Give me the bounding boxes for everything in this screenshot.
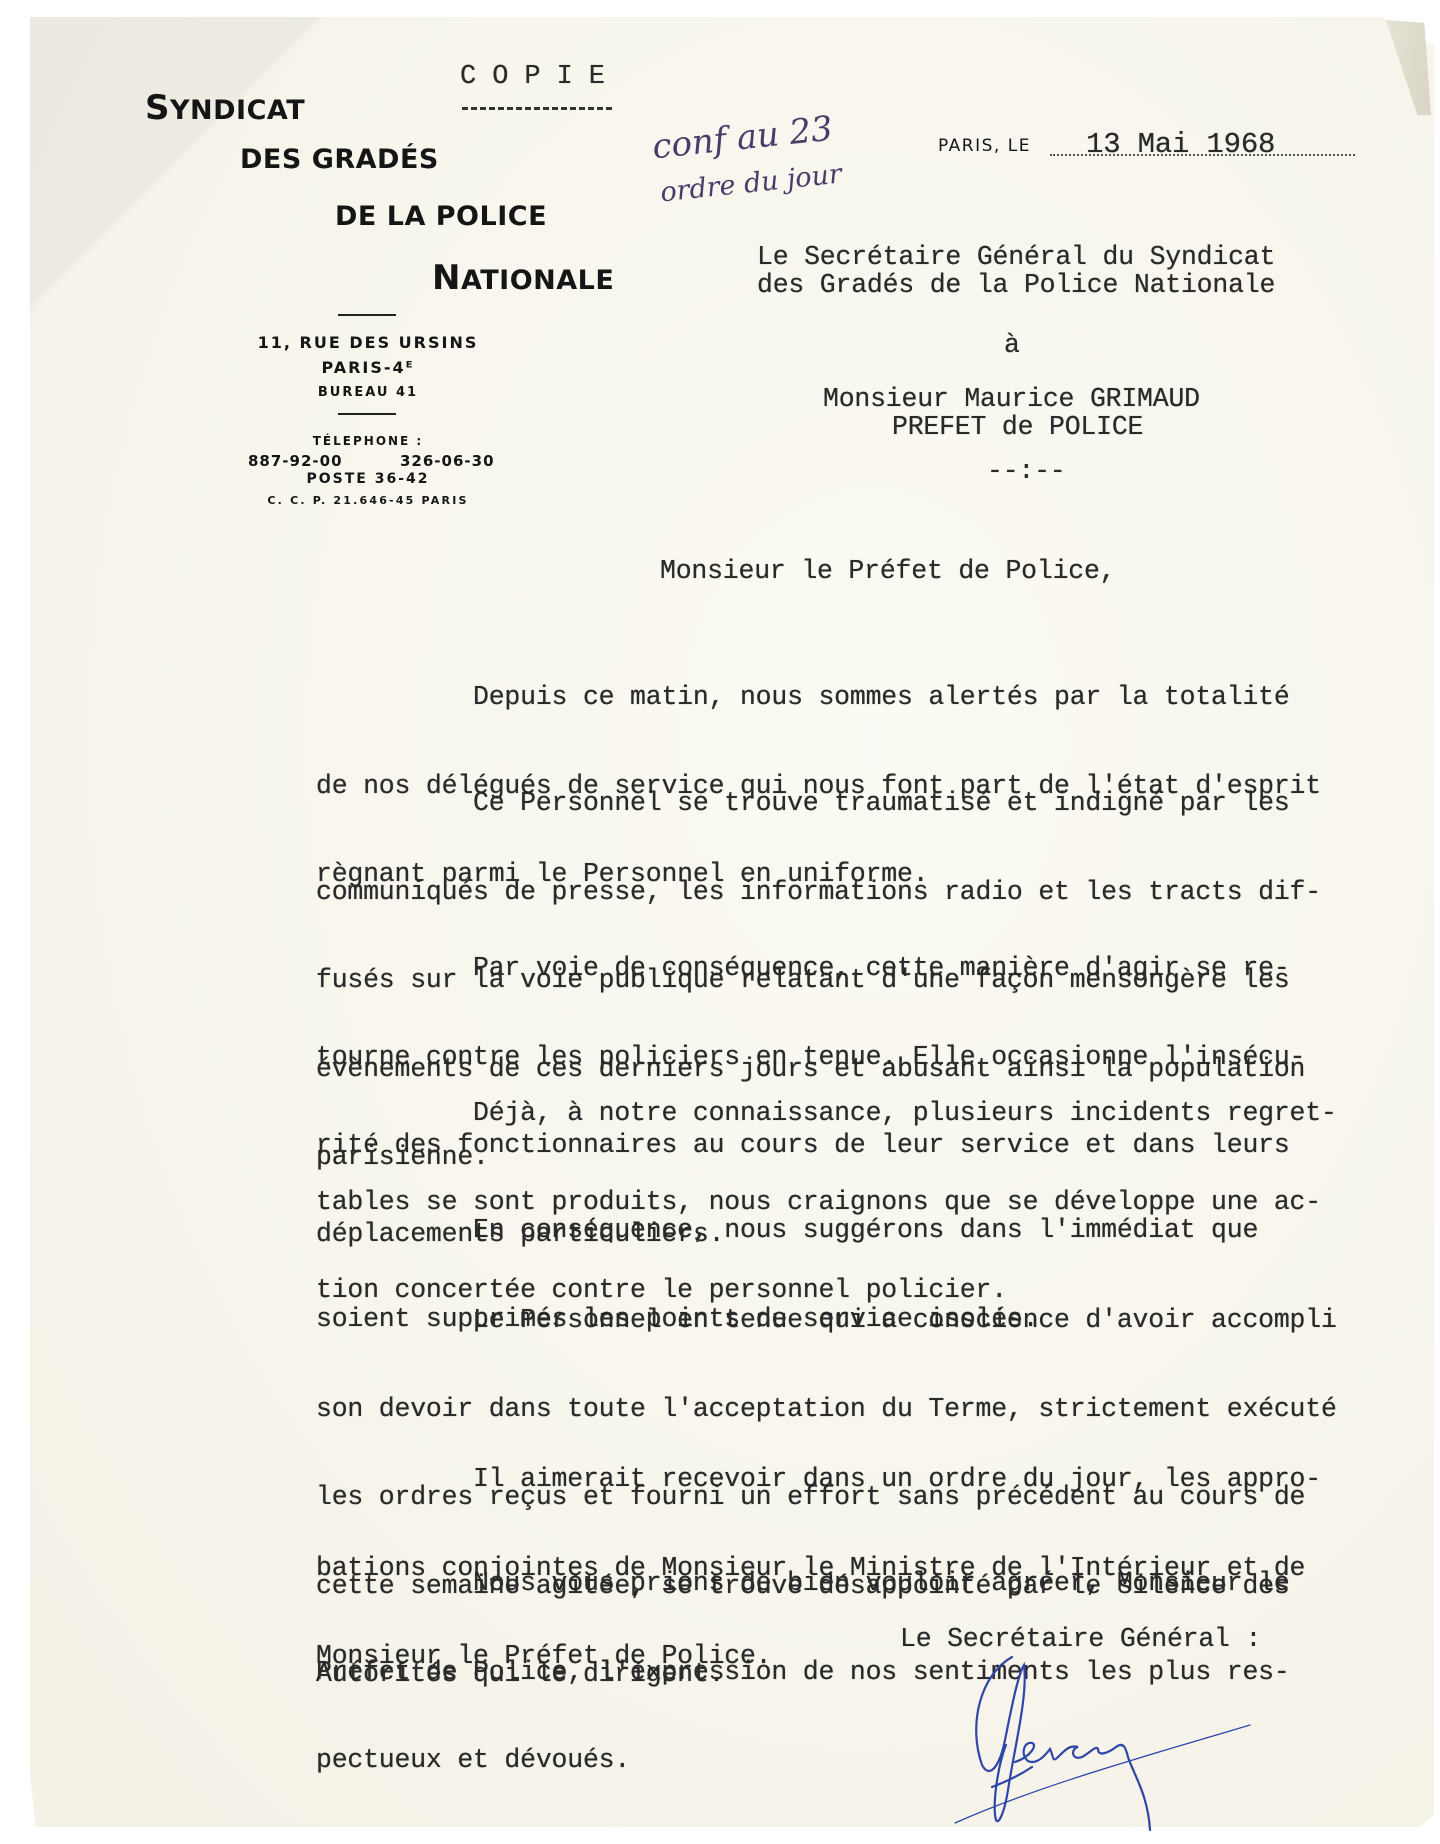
recipient-title: PREFET de POLICE [892,412,1143,442]
letterhead-org-line-3: DE LA POLICE [335,201,547,232]
address-street: 11, RUE DES URSINS [238,333,498,352]
body-line: Par voie de conséquence, cette manière d… [316,954,1386,984]
phone-1: 887-92-00 [248,452,343,470]
address-bureau: BUREAU 41 [238,385,498,400]
letterhead-org-line-1: SYNDICAT [145,88,305,128]
body-line: Ce Personnel se trouve traumatisé et ind… [316,789,1386,819]
salutation: Monsieur le Préfet de Police, [660,556,1115,586]
letterhead-org-line-4: NATIONALE [432,258,614,298]
org-rest: OLICE [456,201,547,232]
org-cap: DE LA P [335,201,456,232]
date-prefix: PARIS, LE [938,136,1031,156]
org-cap: DES G [240,144,334,175]
org-cap: S [145,88,170,128]
letterhead-rule-bottom [338,413,396,415]
letterhead-org-line-2: DES GRADÉS [240,144,439,175]
signature-icon [920,1645,1260,1835]
poste: POSTE 36-42 [238,471,498,487]
sender-line-2: des Gradés de la Police Nationale [757,270,1275,300]
body-line: Nous vous prions de bien vouloir agréer,… [316,1569,1386,1599]
ccp: C. C. P. 21.646-45 PARIS [238,494,498,507]
connector-a: à [1004,330,1020,360]
org-rest: ATIONALE [461,265,614,296]
letter-date: 13 Mai 1968 [1086,128,1275,161]
org-rest: YNDICAT [170,95,305,126]
body-line: Depuis ce matin, nous sommes alertés par… [316,683,1386,713]
recipient-separator: --:-- [987,456,1066,486]
body-line: Le Personnel en tenue qui a conscience d… [316,1306,1386,1336]
copie-underline [462,107,612,110]
sender-line-1: Le Secrétaire Général du Syndicat [757,242,1275,272]
body-line: Il aimerait recevoir dans un ordre du jo… [316,1465,1386,1495]
address-city: PARIS-4ᴱ [238,358,498,377]
recipient-name: Monsieur Maurice GRIMAUD [823,384,1200,414]
body-line: En conséquence, nous suggérons dans l'im… [316,1216,1386,1246]
phone-2: 326-06-30 [400,452,495,470]
body-line: Déjà, à notre connaissance, plusieurs in… [316,1099,1386,1129]
telephone-label: TÉLEPHONE : [238,434,498,448]
org-cap: N [432,258,461,298]
letterhead-rule-top [338,314,396,316]
copie-label: COPIE [460,62,621,92]
org-rest: RADÉS [334,144,439,175]
